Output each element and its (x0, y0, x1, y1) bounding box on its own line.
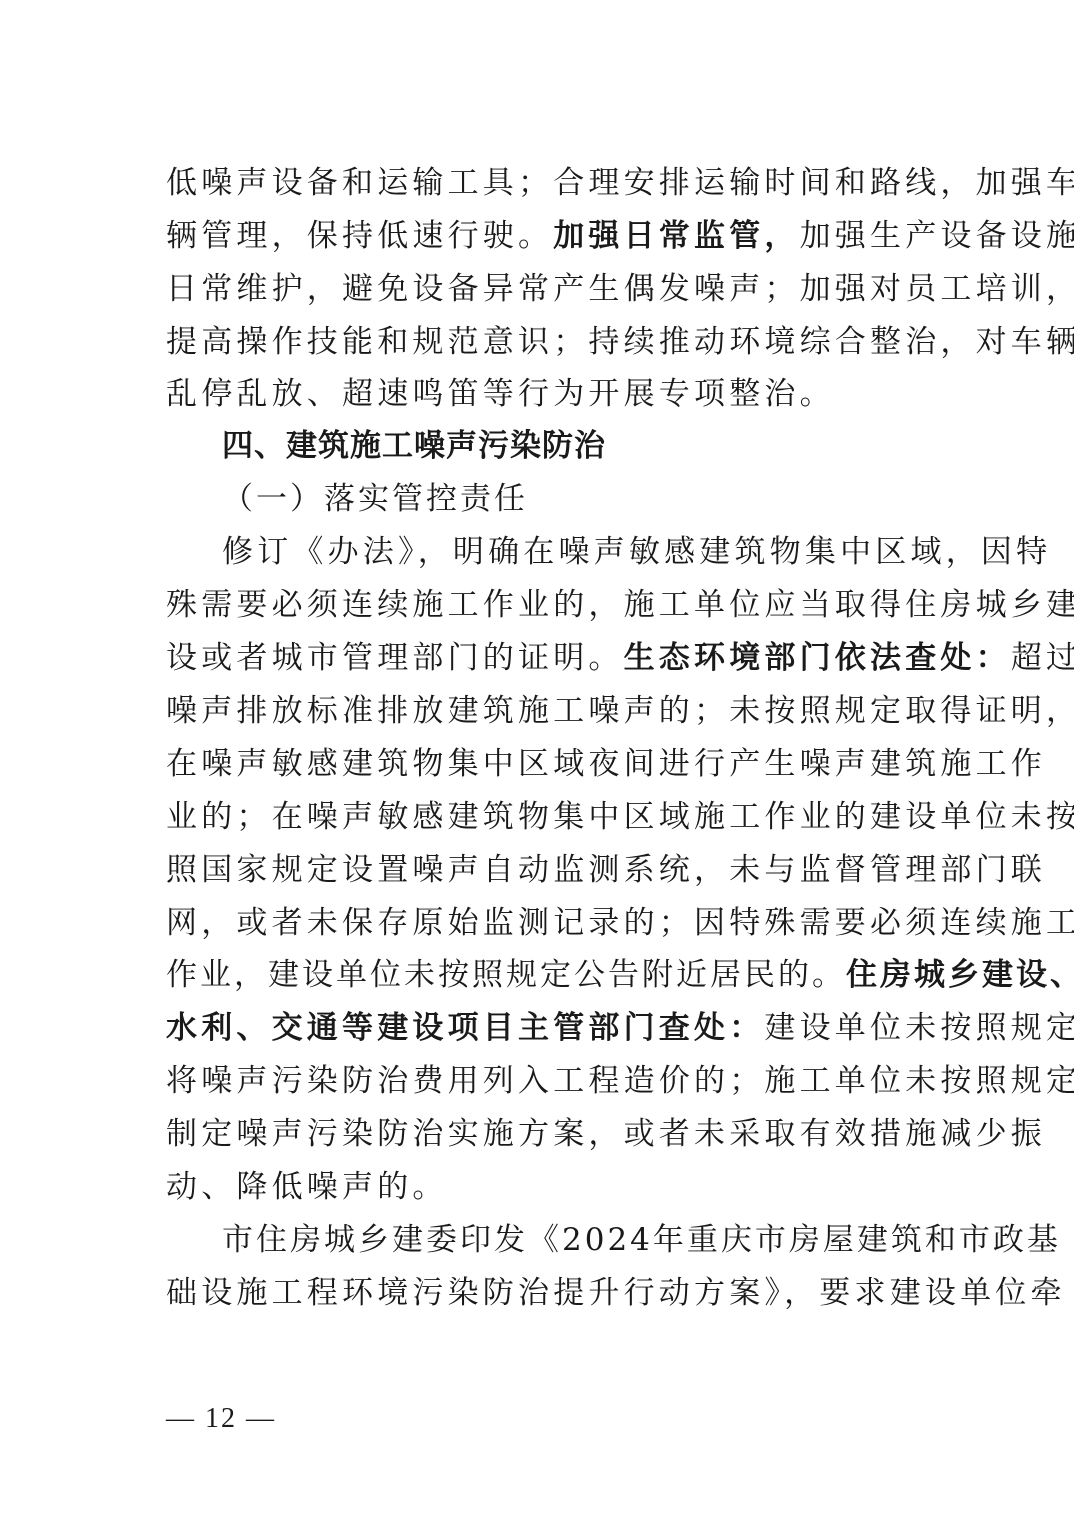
body-line: 日常维护，避免设备异常产生偶发噪声；加强对员工培训， (166, 269, 914, 309)
body-line: 水利、交通等建设项目主管部门查处：建设单位未按照规定 (166, 1008, 914, 1048)
text: 加强生产设备设施 (800, 218, 1074, 254)
body-line: 网，或者未保存原始监测记录的；因特殊需要必须连续施工 (166, 903, 914, 943)
body-line: 在噪声敏感建筑物集中区域夜间进行产生噪声建筑施工作 (166, 744, 914, 784)
section-heading: 四、建筑施工噪声污染防治 (222, 426, 914, 466)
body-line: 提高操作技能和规范意识；持续推动环境综合整治，对车辆 (166, 322, 914, 362)
body-line: 业的；在噪声敏感建筑物集中区域施工作业的建设单位未按 (166, 797, 914, 837)
subsection-heading: （一）落实管控责任 (222, 479, 914, 519)
bold-emphasis: 住房城乡建设、 (846, 957, 1074, 993)
body-line: 修订《办法》，明确在噪声敏感建筑物集中区域，因特 (222, 532, 914, 572)
body-line: 照国家规定设置噪声自动监测系统，未与监督管理部门联 (166, 850, 914, 890)
body-line: 制定噪声污染防治实施方案，或者未采取有效措施减少振 (166, 1114, 914, 1154)
bold-emphasis: 生态环境部门依法查处： (624, 640, 1011, 676)
body-line: 础设施工程环境污染防治提升行动方案》，要求建设单位牵 (166, 1273, 914, 1313)
page-number: — 12 — (166, 1403, 276, 1435)
body-line: 设或者城市管理部门的证明。生态环境部门依法查处：超过 (166, 638, 914, 678)
body-line: 辆管理，保持低速行驶。加强日常监管，加强生产设备设施 (166, 216, 914, 256)
body-line: 动、降低噪声的。 (166, 1167, 914, 1207)
text: 设或者城市管理部门的证明。 (166, 640, 624, 676)
body-line: 将噪声污染防治费用列入工程造价的；施工单位未按照规定 (166, 1061, 914, 1101)
text: 辆管理，保持低速行驶。 (166, 218, 553, 254)
body-line: 噪声排放标准排放建筑施工噪声的；未按照规定取得证明， (166, 691, 914, 731)
body-line: 市住房城乡建委印发《2024年重庆市房屋建筑和市政基 (222, 1220, 914, 1260)
text: 超过 (1011, 640, 1074, 676)
bold-emphasis: 加强日常监管， (553, 218, 799, 254)
body-line: 殊需要必须连续施工作业的，施工单位应当取得住房城乡建 (166, 585, 914, 625)
body-line: 作业，建设单位未按照规定公告附近居民的。住房城乡建设、 (166, 955, 914, 995)
body-line: 乱停乱放、超速鸣笛等行为开展专项整治。 (166, 374, 914, 414)
text: 建设单位未按照规定 (764, 1010, 1074, 1046)
text: 作业，建设单位未按照规定公告附近居民的。 (166, 957, 846, 993)
bold-emphasis: 水利、交通等建设项目主管部门查处： (166, 1010, 764, 1046)
body-line: 低噪声设备和运输工具；合理安排运输时间和路线，加强车 (166, 163, 914, 203)
